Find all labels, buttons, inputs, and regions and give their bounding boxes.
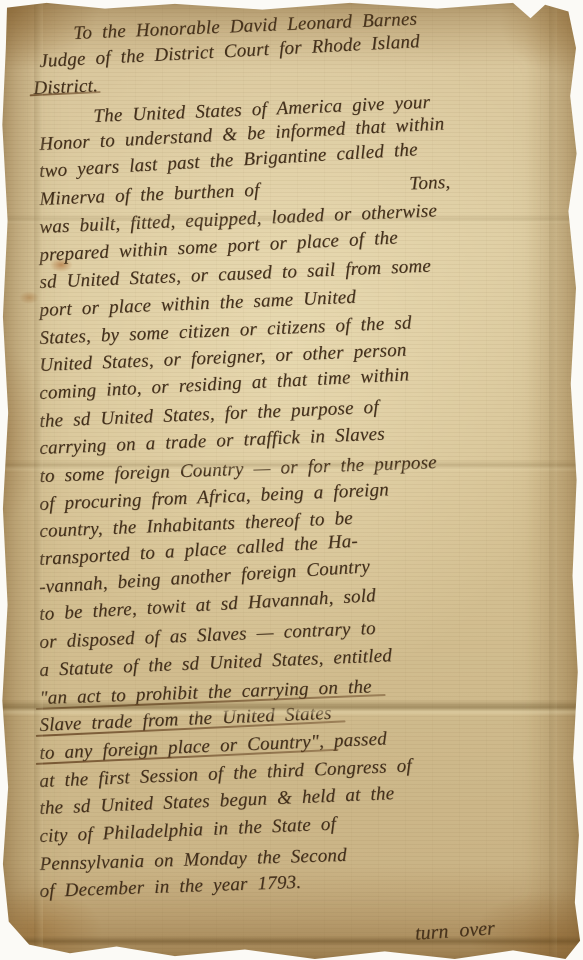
- manuscript-text: To the Honorable David Leonard Barnes Ju…: [40, 20, 548, 906]
- manuscript-line-text: passed: [334, 728, 388, 751]
- manuscript-line-text: Tons,: [409, 172, 451, 195]
- blank-tonnage-space: [260, 190, 410, 196]
- manuscript-line-text: of December in the year 1793.: [39, 872, 301, 902]
- turn-over-note: turn over: [414, 917, 495, 946]
- fold-crease-vertical: [549, 0, 557, 960]
- manuscript-line-text: District.: [33, 76, 98, 100]
- manuscript-page: To the Honorable David Leonard Barnes Ju…: [0, 0, 583, 960]
- document-scan: To the Honorable David Leonard Barnes Ju…: [0, 0, 583, 960]
